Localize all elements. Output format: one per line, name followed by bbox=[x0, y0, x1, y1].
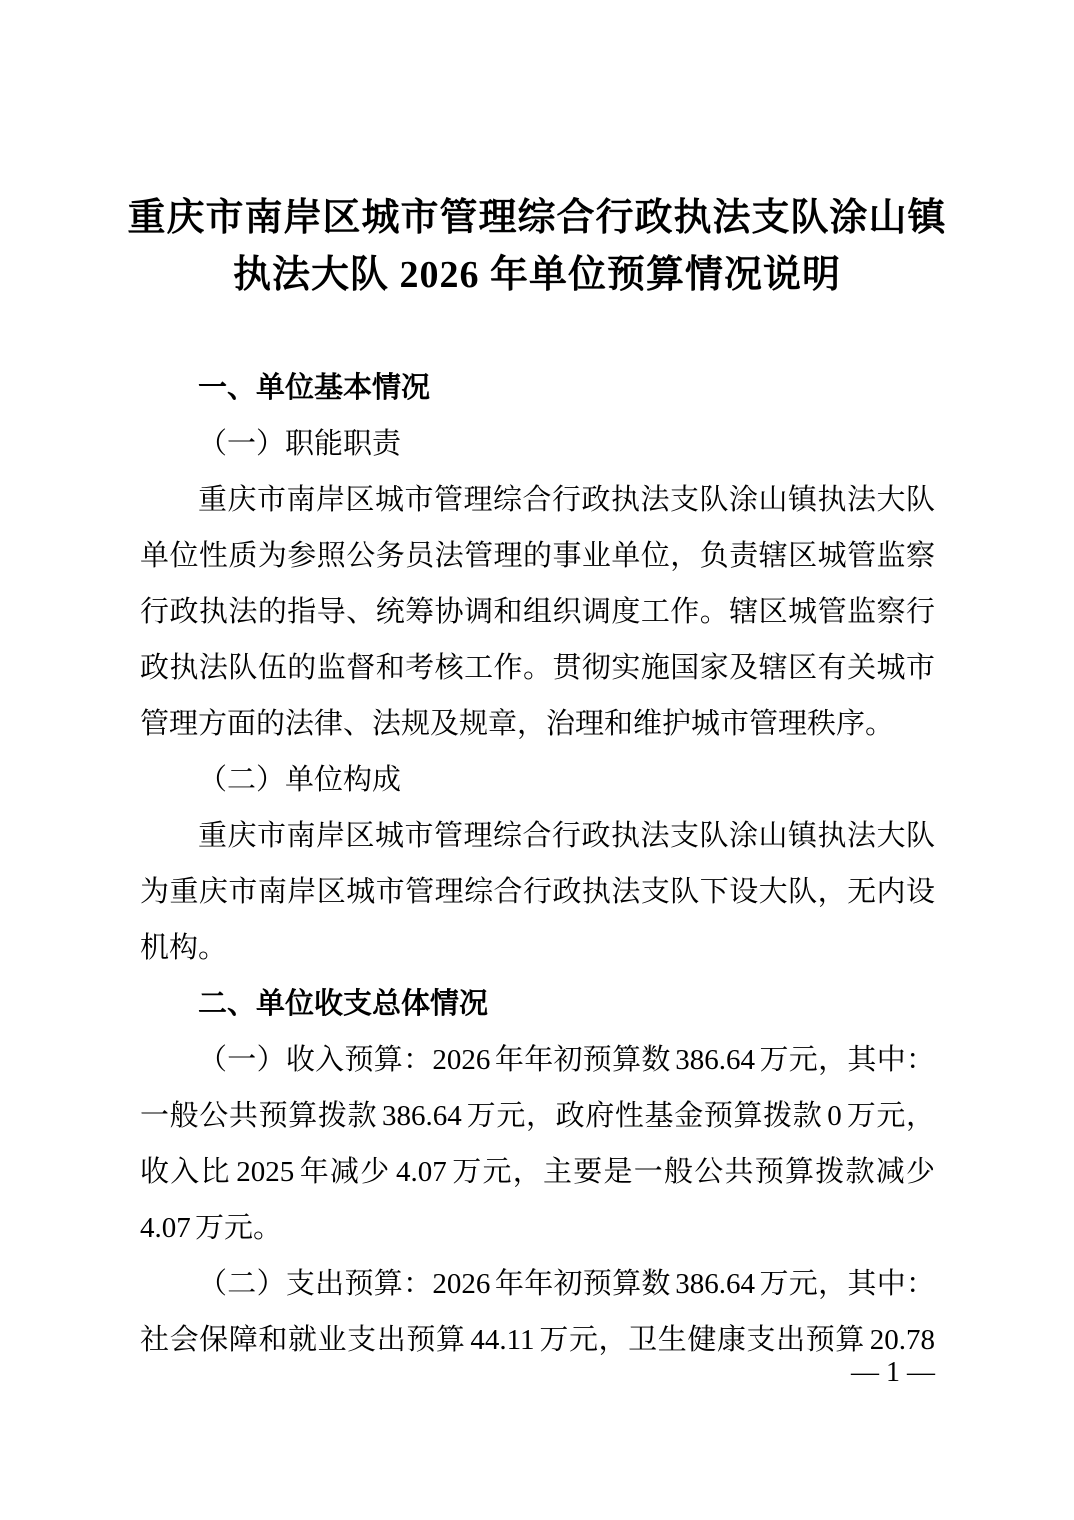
section-heading-budget-overview: 二、单位收支总体情况 bbox=[140, 976, 935, 1032]
paragraph-composition: 重庆市南岸区城市管理综合行政执法支队涂山镇执法大队为重庆市南岸区城市管理综合行政… bbox=[140, 808, 935, 976]
document-title: 重庆市南岸区城市管理综合行政执法支队涂山镇 执法大队 2026 年单位预算情况说… bbox=[0, 190, 1074, 304]
document-body: 一、单位基本情况 （一）职能职责 重庆市南岸区城市管理综合行政执法支队涂山镇执法… bbox=[140, 360, 935, 1368]
page-number: — 1 — bbox=[851, 1345, 935, 1401]
paragraph-expenditure-budget: （二）支出预算：2026 年年初预算数 386.64 万元，其中：社会保障和就业… bbox=[140, 1256, 935, 1368]
document-page: 重庆市南岸区城市管理综合行政执法支队涂山镇 执法大队 2026 年单位预算情况说… bbox=[0, 0, 1074, 1520]
paragraph-duties: 重庆市南岸区城市管理综合行政执法支队涂山镇执法大队单位性质为参照公务员法管理的事… bbox=[140, 472, 935, 752]
document-title-line1: 重庆市南岸区城市管理综合行政执法支队涂山镇 bbox=[0, 190, 1074, 247]
document-title-line2: 执法大队 2026 年单位预算情况说明 bbox=[0, 247, 1074, 304]
subsection-heading-composition: （二）单位构成 bbox=[140, 752, 935, 808]
section-heading-basic-info: 一、单位基本情况 bbox=[140, 360, 935, 416]
paragraph-revenue-budget: （一）收入预算：2026 年年初预算数 386.64 万元，其中：一般公共预算拨… bbox=[140, 1032, 935, 1256]
subsection-heading-duties: （一）职能职责 bbox=[140, 416, 935, 472]
